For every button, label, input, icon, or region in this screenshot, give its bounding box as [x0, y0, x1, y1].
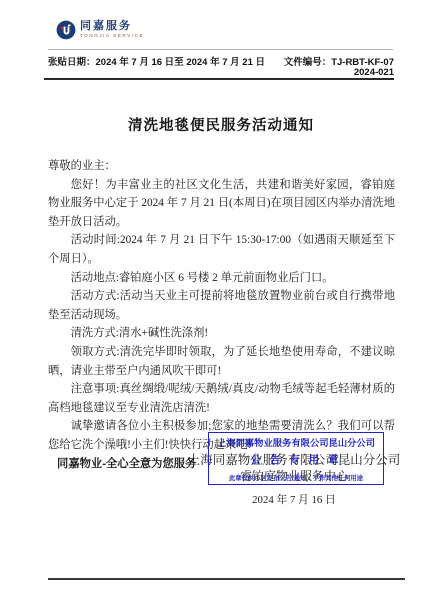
header-divider-thick	[44, 78, 394, 80]
body-paragraph: 清洗方式:清水+碱性洗涤剂!	[48, 324, 395, 343]
company-logo: 同嘉服务 TONGJIA SERVICE	[56, 20, 144, 40]
issue-date: 2024 年 7 月 16 日	[163, 492, 425, 507]
page-title: 清洗地毯便民服务活动通知	[0, 114, 442, 135]
notice-document: 同嘉服务 TONGJIA SERVICE 张贴日期：2024 年 7 月 16 …	[0, 0, 442, 608]
stamp-company-name: 上海同嘉物业服务有限公司昆山分公司	[209, 435, 383, 449]
tongjia-logo-icon	[56, 20, 76, 40]
body-paragraph: 领取方式:清洗完毕即时领取，为了延长地垫使用寿命，不建议晾晒，请业主带至户内通风…	[48, 343, 395, 380]
brand-name-cn: 同嘉服务	[80, 20, 144, 33]
body-paragraph: 注意事项:真丝绸缎/呢绒/天鹅绒/真皮/动物毛绒等起毛轻薄材质的高档地毯建议至专…	[48, 380, 395, 417]
footer-divider	[48, 578, 405, 580]
body-paragraph: 您好！为丰富业主的社区文化生活，共建和谐美好家园，睿铂庭物业服务中心定于 202…	[48, 176, 395, 232]
salutation: 尊敬的业主：	[48, 157, 395, 176]
notice-body: 尊敬的业主： 您好！为丰富业主的社区文化生活，共建和谐美好家园，睿铂庭物业服务中…	[48, 157, 395, 473]
document-number-line1: 文件编号：TJ-RBT-KF-07	[284, 54, 394, 68]
official-stamp: 上海同嘉物业服务有限公司昆山分公司 公 告 专 用 章 此章仅供小区发布公告/通…	[208, 432, 384, 485]
stamp-seal-title: 公 告 专 用 章	[209, 452, 383, 467]
post-date: 张贴日期：2024 年 7 月 16 日至 2024 年 7 月 21 日	[48, 54, 265, 68]
stamp-area: 上海同嘉物业服务有限公司昆山分公司 睿铂庭物业服务中心 上海同嘉物业服务有限公司…	[163, 430, 425, 510]
document-number-line2: 2024-021	[354, 67, 394, 78]
header-divider-thin	[48, 49, 393, 50]
body-paragraph: 活动方式:活动当天业主可提前将地毯放置物业前台或自行携带地垫至活动现场。	[48, 287, 395, 324]
body-paragraph: 活动时间:2024 年 7 月 21 日下午 15:30-17:00（如遇雨天顺…	[48, 231, 395, 268]
stamp-usage-note: 此章仅供小区发布公告/通知，不作其他任何用途	[209, 473, 383, 482]
brand-name-en: TONGJIA SERVICE	[80, 33, 144, 39]
body-paragraph: 活动地点:睿铂庭小区 6 号楼 2 单元前面物业后门口。	[48, 269, 395, 288]
